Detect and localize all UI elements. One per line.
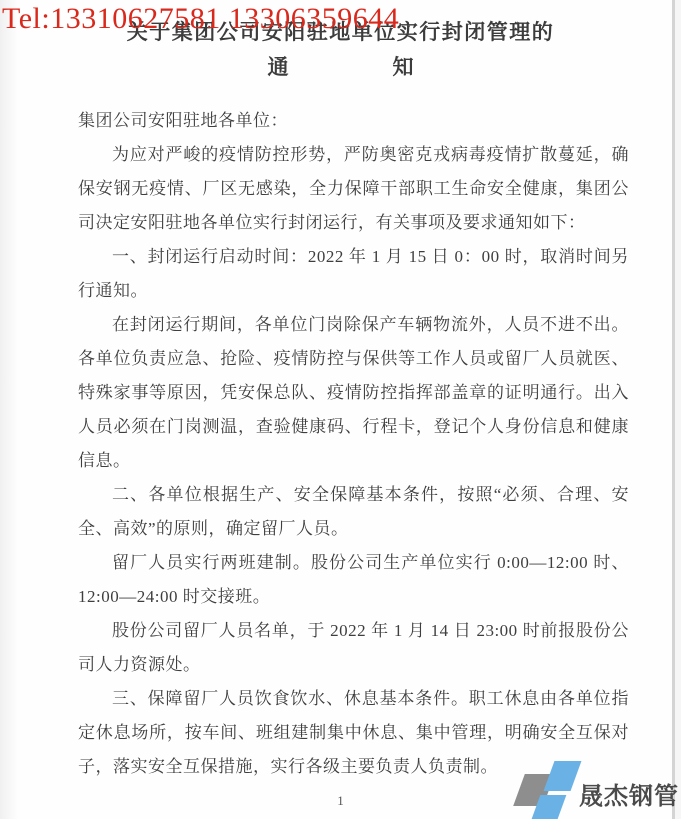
title-char-tong: 通 [268,52,289,83]
notice-body: 集团公司安阳驻地各单位： 为应对严峻的疫情防控形势，严防奥密克戎病毒疫情扩散蔓延… [78,104,629,784]
title-char-zhi: 知 [393,52,414,83]
phone-watermark: Tel:13310627581 13306359644 [2,2,399,36]
notice-title-line2: 通 知 [0,52,681,83]
paragraph-item1-gate-rules: 在封闭运行期间，各单位门岗除保产车辆物流外，人员不进不出。各单位负责应急、抢险、… [78,308,629,478]
logo-company-name: 晟杰钢管 [579,776,679,811]
scanned-notice-page: Tel:13310627581 13306359644 关于集团公司安阳驻地单位… [0,0,681,819]
paragraph-intro: 为应对严峻的疫情防控形势，严防奥密克戎病毒疫情扩散蔓延，确保安钢无疫情、厂区无感… [78,138,629,240]
paragraph-item1-start-time: 一、封闭运行启动时间：2022 年 1 月 15 日 0：00 时，取消时间另行… [78,240,629,308]
paragraph-item2-name-list-deadline: 股份公司留厂人员名单，于 2022 年 1 月 14 日 23:00 时前报股份… [78,614,629,682]
page-left-scan-shadow [0,0,18,819]
logo-parallelogram-blue-top-icon [544,761,582,791]
page-right-scan-edge [672,0,681,819]
salutation-paragraph: 集团公司安阳驻地各单位： [78,104,629,138]
paragraph-item2-staffing-principle: 二、各单位根据生产、安全保障基本条件，按照“必须、合理、安全、高效”的原则，确定… [78,478,629,546]
paragraph-item2-shift-schedule: 留厂人员实行两班建制。股份公司生产单位实行 0:00—12:00 时、12:00… [78,546,629,614]
company-logo: 晟杰钢管 [519,761,675,819]
